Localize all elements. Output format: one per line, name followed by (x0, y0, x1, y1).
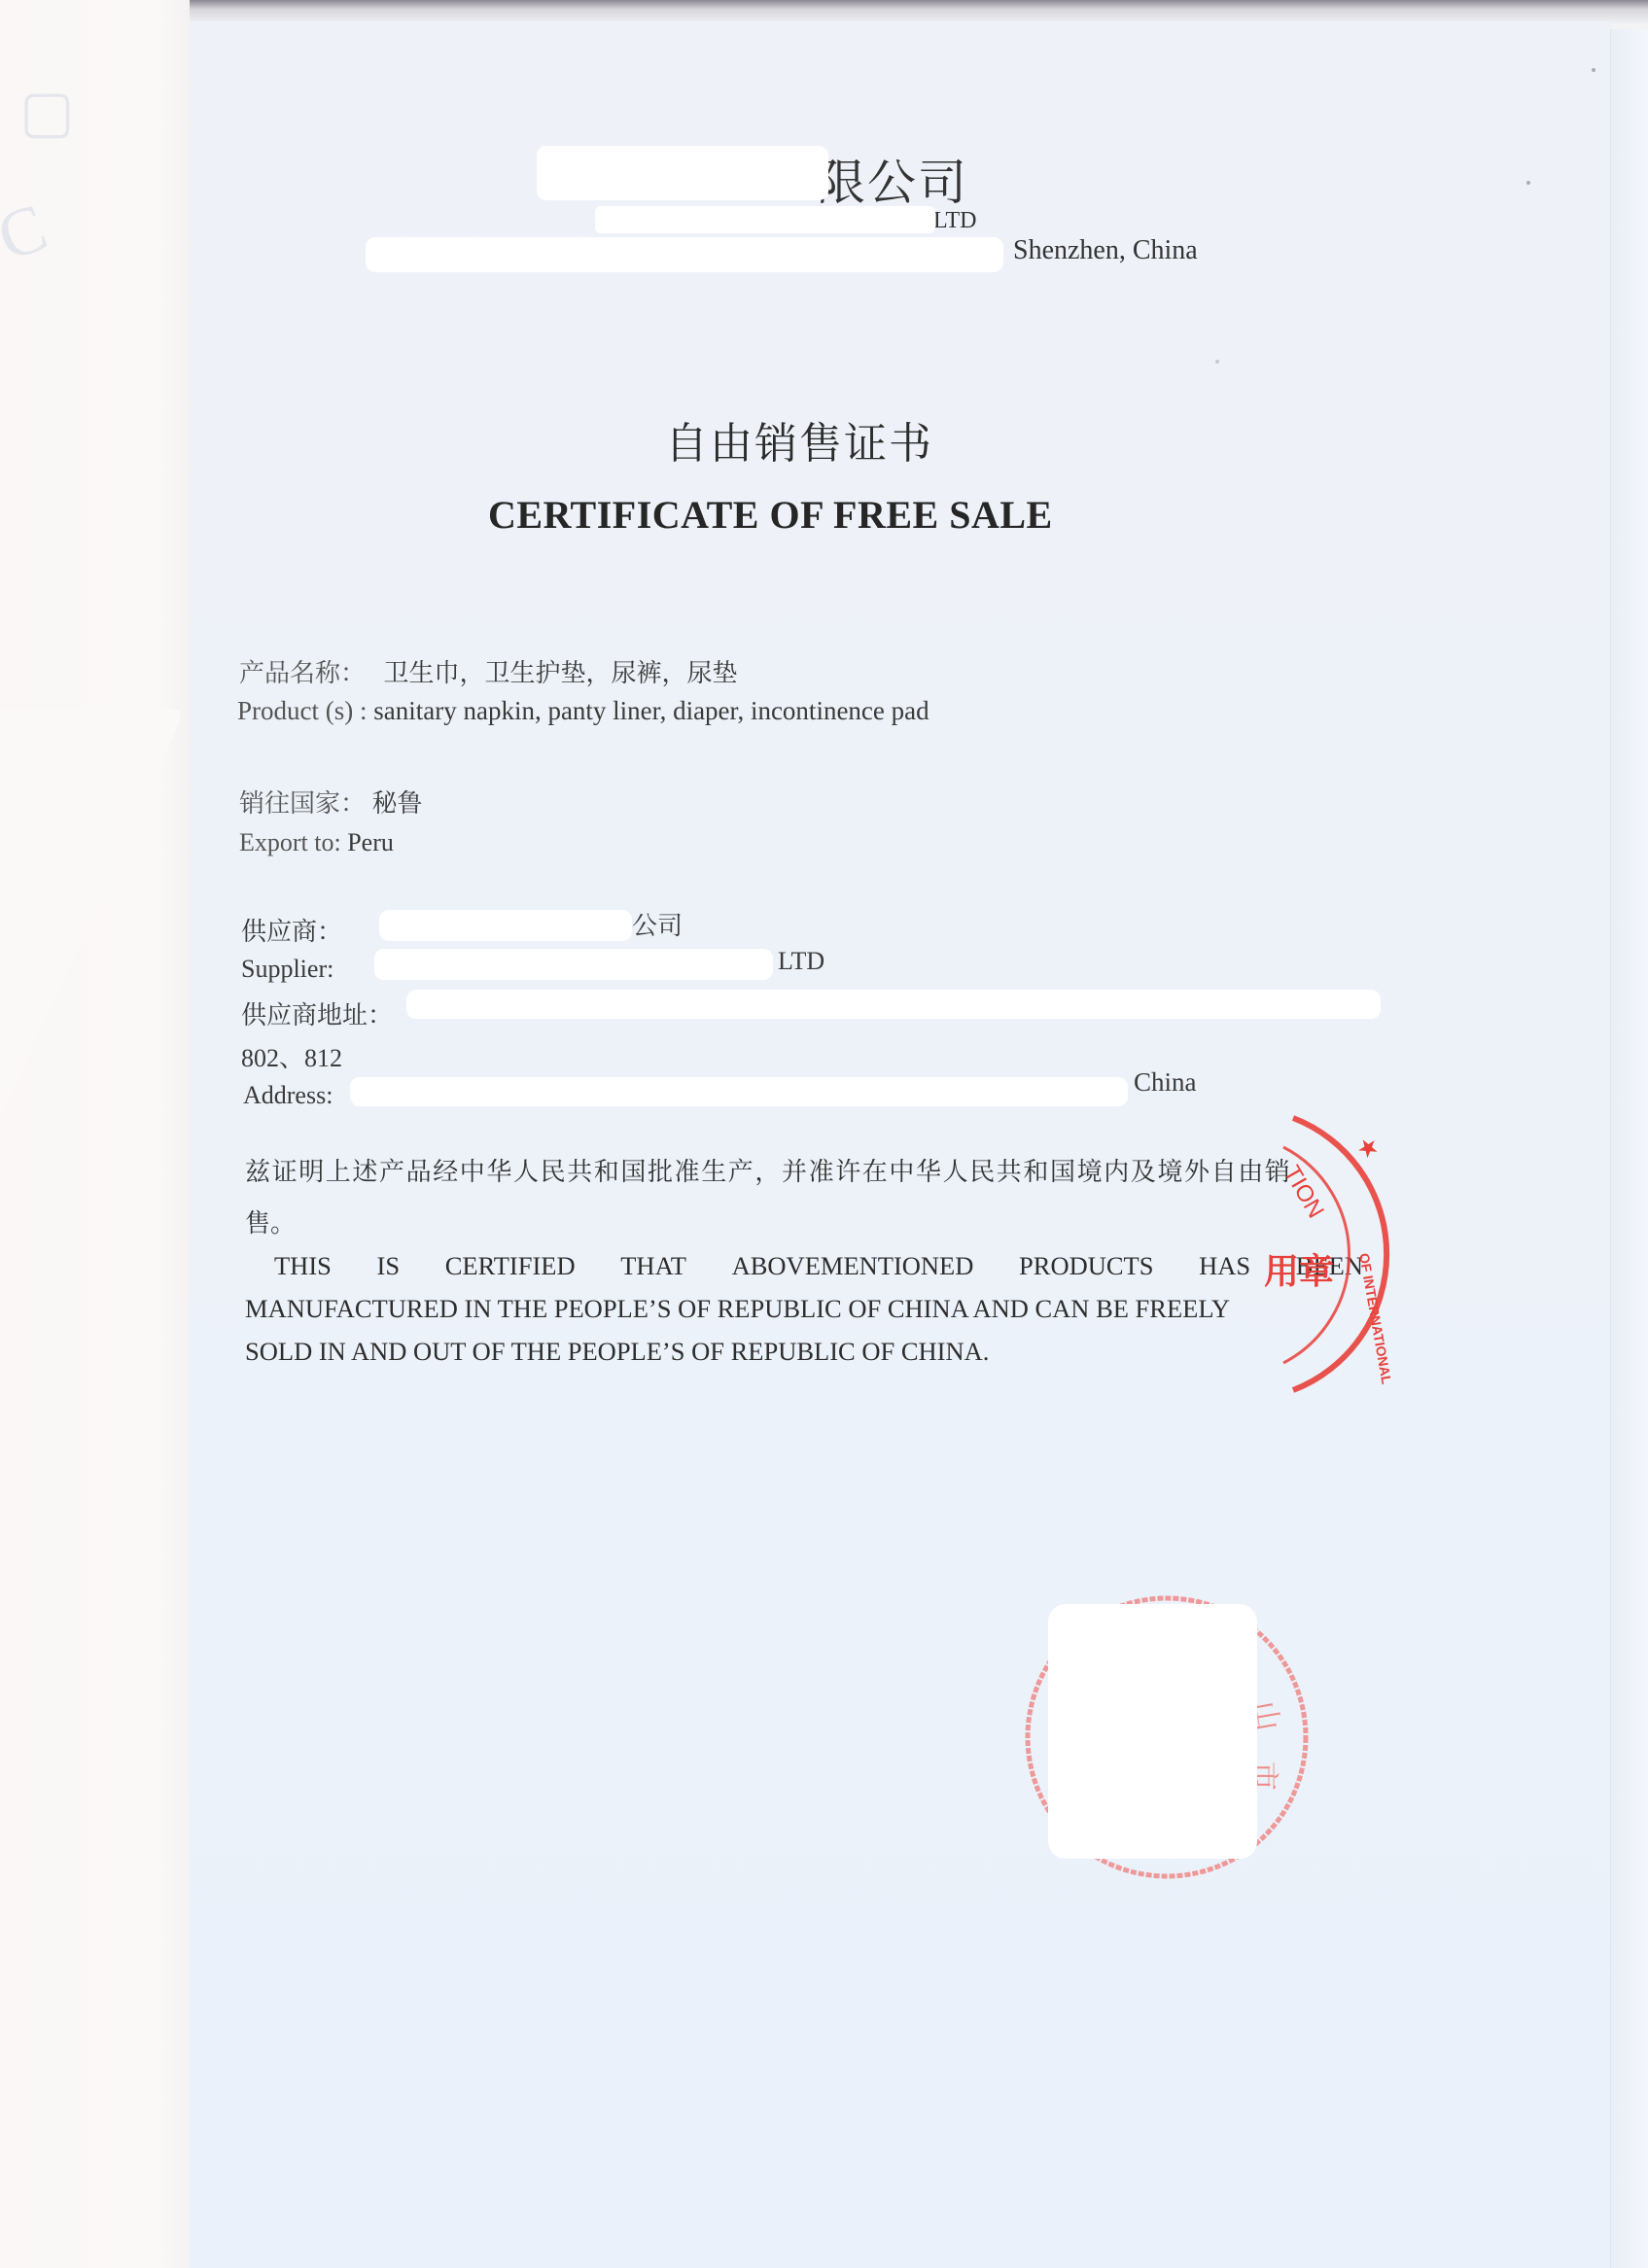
scan-speck (1592, 68, 1595, 72)
title-cn: 自由销售证书 (665, 408, 933, 471)
stamp-text-cn: 用章 (1264, 1251, 1334, 1292)
export-en-row: Export to: Peru (239, 828, 394, 857)
export-en-label: Export to: (239, 828, 341, 856)
redaction-box (350, 1077, 1128, 1106)
export-cn-label: 销往国家： (239, 789, 366, 818)
certification-word: CERTIFIED (445, 1244, 576, 1287)
redaction-box (374, 949, 773, 980)
certification-en: THISISCERTIFIEDTHATABOVEMENTIONEDPRODUCT… (245, 1244, 1363, 1373)
product-en-row: Product (s) : sanitary napkin, panty lin… (237, 696, 929, 726)
certification-cn-line2: 售。 (245, 1204, 296, 1239)
scan-shadow (190, 0, 1648, 23)
product-cn-label: 产品名称： (239, 659, 366, 687)
certification-word: PRODUCTS (1019, 1244, 1153, 1287)
product-en-label: Product (s) : (237, 696, 367, 725)
redaction-box (537, 146, 828, 200)
stamp-glyphs: ★ (1353, 1133, 1384, 1164)
address-en-value: China (1134, 1067, 1197, 1098)
official-seal-stamp: ★ TION OF INTERNATIONAL 用章 (1264, 1108, 1468, 1400)
certification-word: THAT (620, 1244, 686, 1287)
supplier-cn-label: 供应商： (241, 912, 342, 948)
scan-speck (1215, 360, 1219, 364)
title-en: CERTIFICATE OF FREE SALE (488, 492, 1053, 538)
supplier-cn-value: 公司 (632, 906, 683, 942)
certification-cn-line1: 兹证明上述产品经中华人民共和国批准生产，并准许在中华人民共和国境内及境外自由销 (245, 1152, 1291, 1188)
product-cn-value: 卫生巾，卫生护垫，尿裤，尿垫 (384, 659, 738, 687)
company-name-cn: 限公司 (817, 144, 968, 214)
stamp-text-outer: OF INTERNATIONAL (1356, 1252, 1395, 1386)
ghost-stamp-mark: C (0, 189, 57, 277)
address-en-label: Address: (243, 1081, 333, 1110)
certification-word: ABOVEMENTIONED (732, 1244, 974, 1287)
underlying-page: ▢ C (0, 0, 194, 2268)
stamp-text-tion: TION (1279, 1162, 1329, 1223)
product-en-value: sanitary napkin, panty liner, diaper, in… (373, 696, 929, 725)
company-name-en: LTD (933, 208, 976, 234)
export-en-value: Peru (347, 828, 394, 856)
export-cn-value: 秘鲁 (372, 789, 423, 818)
company-address: Shenzhen, China (1013, 235, 1198, 266)
supplier-address-cn-cont: 802、812 (241, 1038, 342, 1074)
ghost-stamp-mark: ▢ (19, 78, 75, 146)
export-cn-row: 销往国家： 秘鲁 (239, 784, 423, 820)
supplier-en-value: LTD (778, 947, 824, 976)
redaction-box (595, 206, 935, 233)
certification-word: HAS (1199, 1244, 1250, 1287)
certification-en-line1: THISISCERTIFIEDTHATABOVEMENTIONEDPRODUCT… (245, 1244, 1363, 1287)
redaction-box (366, 237, 1003, 272)
certification-word: THIS (274, 1244, 332, 1287)
page-edge (1610, 29, 1648, 2268)
certification-en-line3: SOLD IN AND OUT OF THE PEOPLE’S OF REPUB… (245, 1330, 1363, 1373)
supplier-address-cn-label: 供应商地址： (241, 995, 393, 1031)
redaction-box (379, 910, 632, 941)
product-cn-row: 产品名称： 卫生巾，卫生护垫，尿裤，尿垫 (239, 653, 738, 689)
redaction-box (406, 990, 1381, 1019)
supplier-en-label: Supplier: (241, 955, 333, 984)
scan-speck (1526, 181, 1530, 185)
redaction-box (1048, 1604, 1257, 1859)
certification-word: IS (377, 1244, 401, 1287)
certification-en-line2: MANUFACTURED IN THE PEOPLE’S OF REPUBLIC… (245, 1287, 1363, 1330)
